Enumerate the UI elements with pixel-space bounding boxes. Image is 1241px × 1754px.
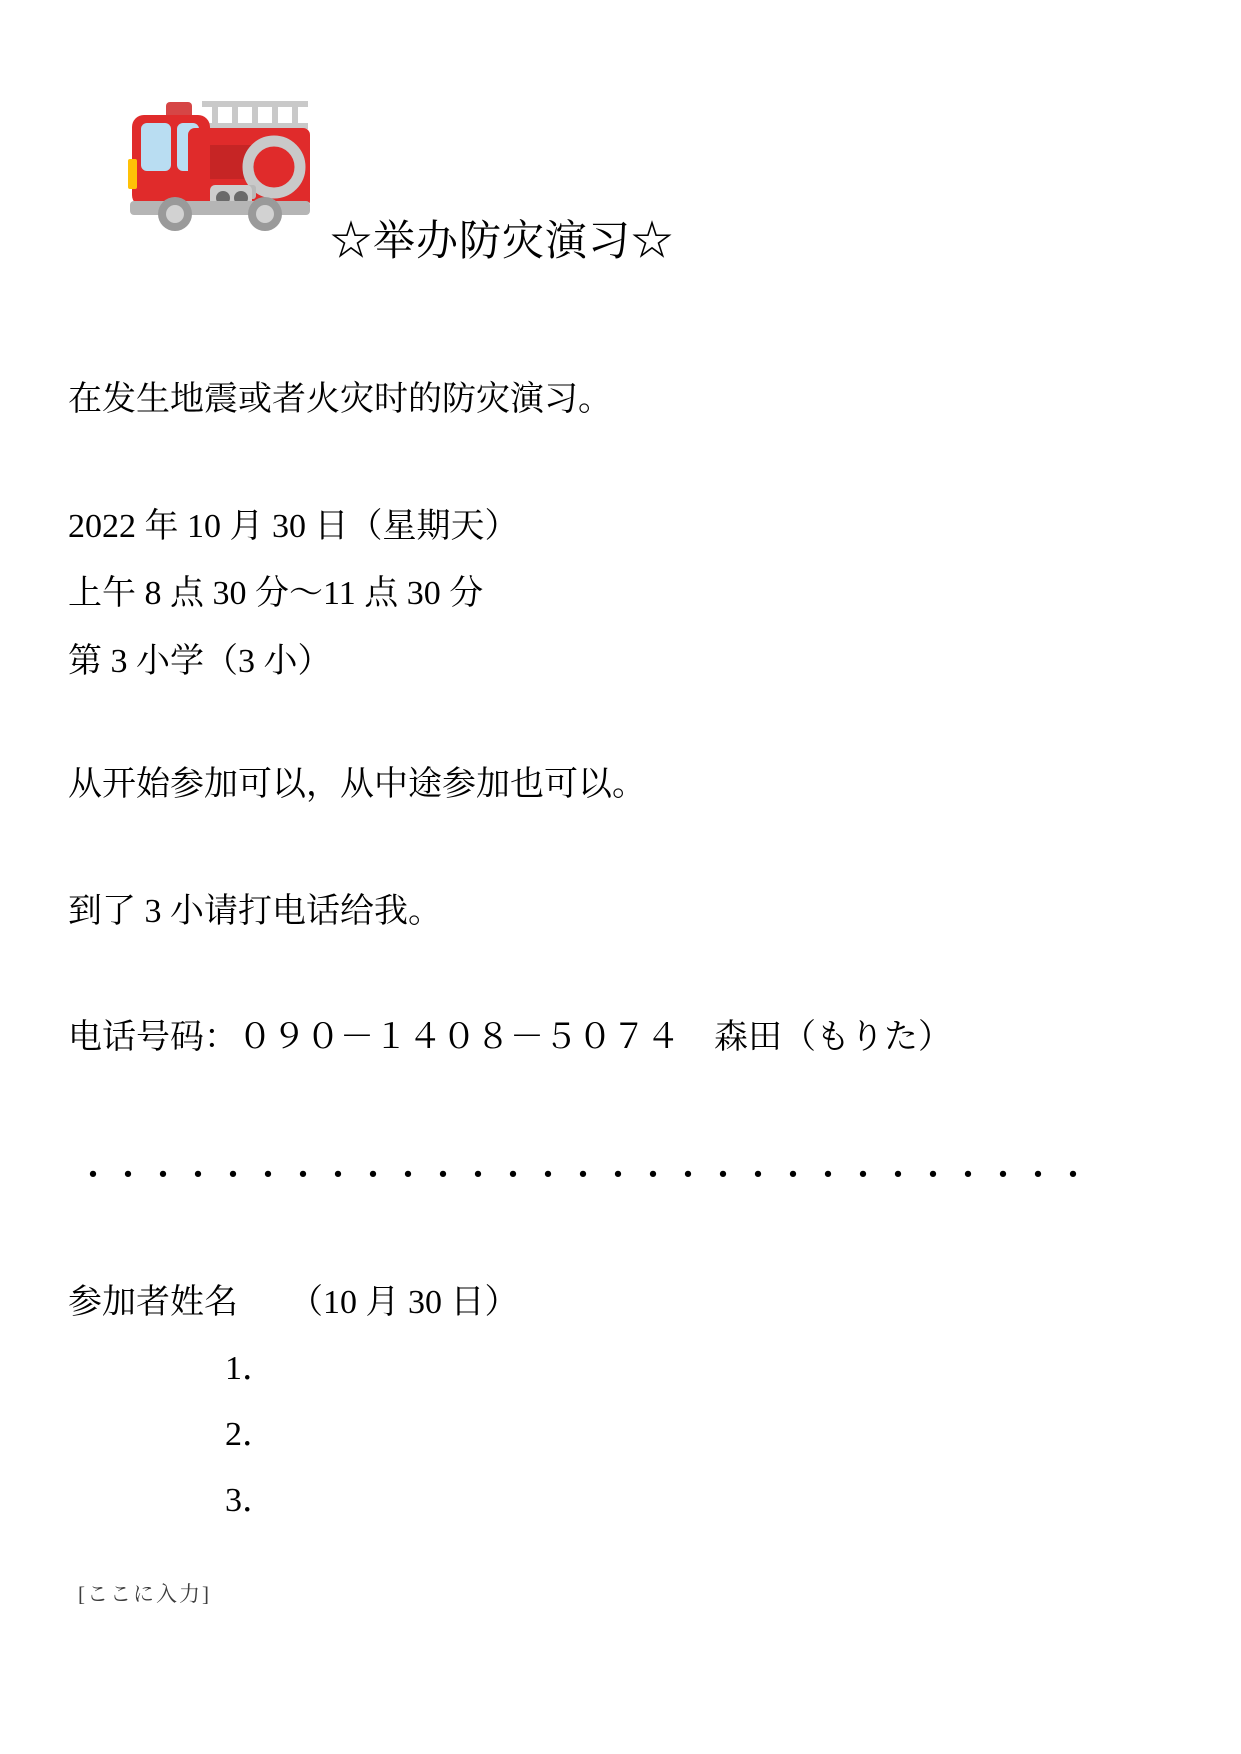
name-slot-3: 3． <box>225 1479 276 1523</box>
event-time-line: 上午 8 点 30 分～11 点 30 分 <box>68 572 483 616</box>
flyer-page: ☆举办防灾演习☆ 在发生地震或者火灾时的防灾演习。 2022 年 10 月 30… <box>0 0 1241 1754</box>
participation-line: 从开始参加可以，从中途参加也可以。 <box>68 763 646 807</box>
footer-input-placeholder: [ここに入力] <box>78 1578 211 1608</box>
intro-line: 在发生地震或者火灾时的防灾演习。 <box>68 378 612 422</box>
page-title: ☆举办防灾演习☆ <box>330 208 674 268</box>
truck-wheel-right <box>248 197 282 231</box>
dotted-separator: ・・・・・・・・・・・・・・・・・・・・・・・・・・・・・ <box>76 1148 1091 1197</box>
fire-truck-icon <box>128 93 310 233</box>
truck-side-light <box>128 159 137 189</box>
truck-bumper <box>130 201 310 215</box>
truck-window-left <box>141 123 171 171</box>
event-place-line: 第 3 小学（3 小） <box>68 640 332 684</box>
call-request-line: 到了 3 小请打电话给我。 <box>68 890 442 934</box>
truck-wheel-left <box>158 197 192 231</box>
names-header-line: 参加者姓名 （10 月 30 日） <box>68 1281 519 1325</box>
truck-ladder <box>202 101 308 129</box>
name-slot-2: 2． <box>225 1413 276 1457</box>
name-slot-1: 1． <box>225 1347 276 1391</box>
phone-number-line: 电话号码：０９０－１４０８－５０７４ 森田（もりた） <box>68 1016 952 1060</box>
event-date-line: 2022 年 10 月 30 日（星期天） <box>68 505 519 549</box>
